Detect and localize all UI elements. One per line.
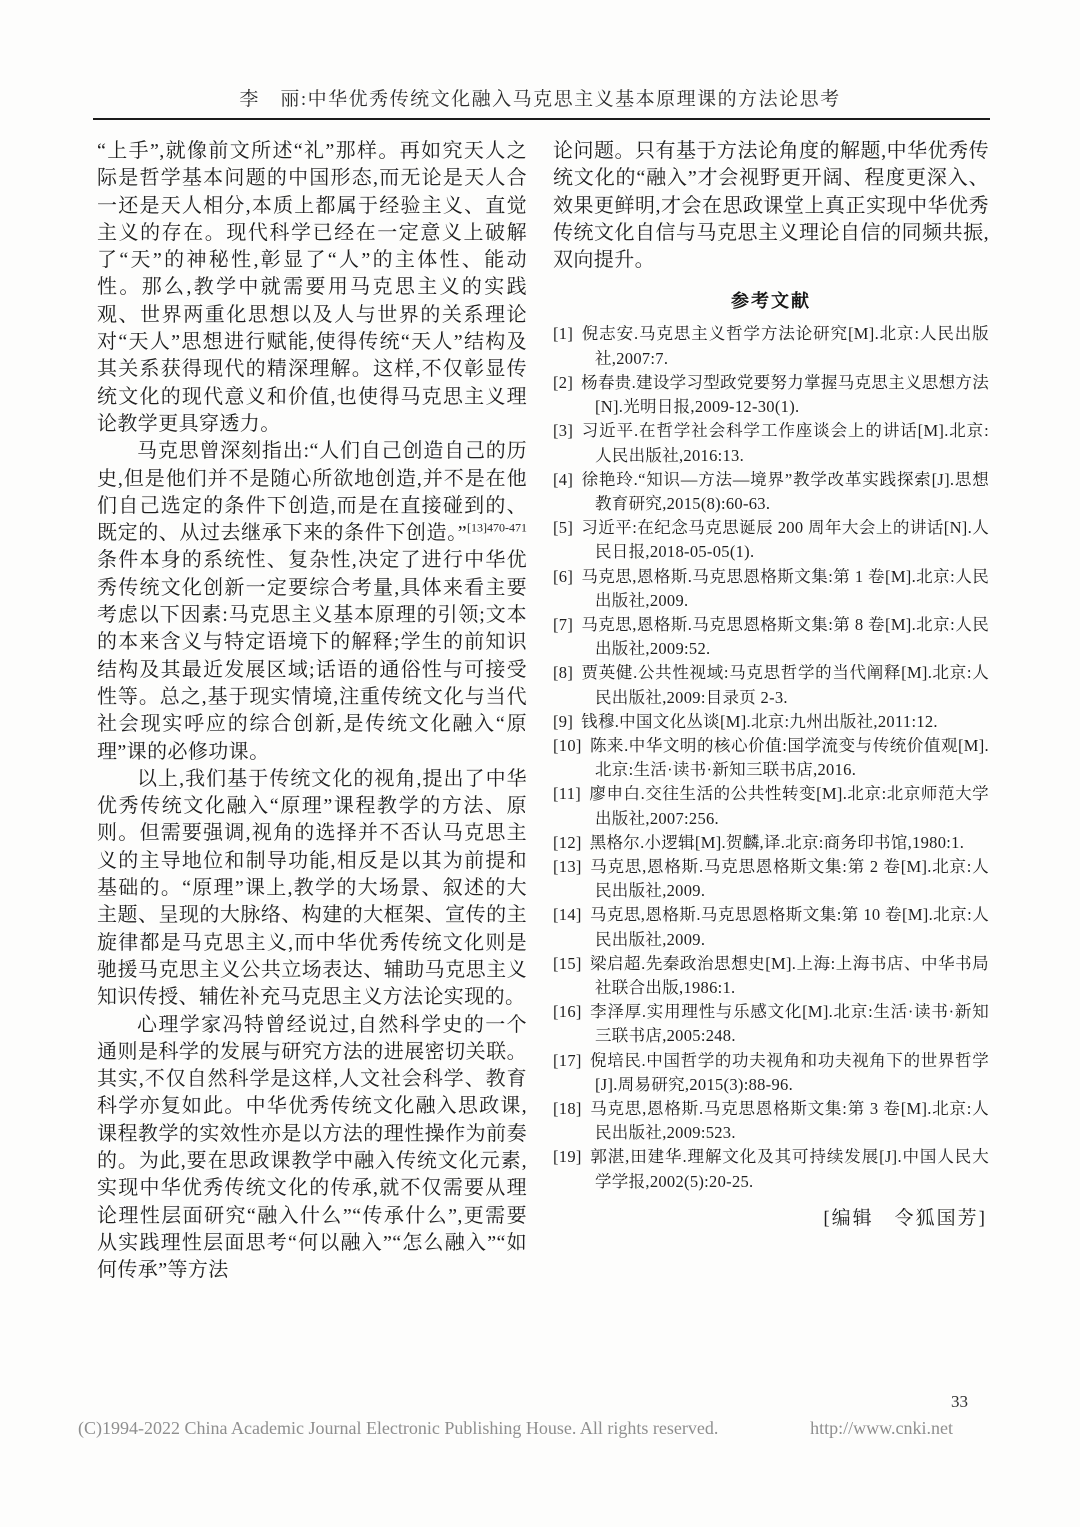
article-body: “上手”,就像前文所述“礼”那样。再如究天人之际是哲学基本问题的中国形态,而无论… [97, 138, 989, 1284]
reference-number: [19] [553, 1147, 582, 1166]
reference-number: [11] [553, 784, 581, 803]
reference-item: [4]徐艳玲.“知识—方法—境界”教学改革实践探索[J].思想教育研究,2015… [553, 468, 989, 516]
paragraph-marx-quote: 马克思曾深刻指出:“人们自己创造自己的历史,但是他们并不是随心所欲地创造,并不是… [97, 438, 527, 766]
reference-number: [13] [553, 857, 582, 876]
reference-text: 徐艳玲.“知识—方法—境界”教学改革实践探索[J].思想教育研究,2015(8)… [581, 470, 989, 513]
reference-text: 陈来.中华文明的核心价值:国学流变与传统价值观[M].北京:生活·读书·新知三联… [590, 736, 989, 779]
reference-number: [3] [553, 421, 573, 440]
reference-number: [1] [553, 324, 573, 343]
reference-item: [18]马克思,恩格斯.马克思恩格斯文集:第 3 卷[M].北京:人民出版社,2… [553, 1097, 989, 1145]
reference-text: 习近平.在哲学社会科学工作座谈会上的讲话[M].北京:人民出版社,2016:13… [581, 421, 989, 464]
reference-text: 马克思,恩格斯.马克思恩格斯文集:第 1 卷[M].北京:人民出版社,2009. [581, 567, 989, 610]
paragraph-conclusion: 论问题。只有基于方法论角度的解题,中华优秀传统文化的“融入”才会视野更开阔、程度… [553, 138, 989, 274]
reference-item: [6]马克思,恩格斯.马克思恩格斯文集:第 1 卷[M].北京:人民出版社,20… [553, 565, 989, 613]
reference-text: 李泽厚.实用理性与乐感文化[M].北京:生活·读书·新知三联书店,2005:24… [590, 1002, 989, 1045]
reference-text: 习近平:在纪念马克思诞辰 200 周年大会上的讲话[N].人民日报,2018-0… [581, 518, 989, 561]
page-number: 33 [951, 1392, 968, 1412]
reference-number: [15] [553, 954, 582, 973]
reference-number: [5] [553, 518, 573, 537]
journal-scan-page: 李 丽:中华优秀传统文化融入马克思主义基本原理课的方法论思考 “上手”,就像前文… [0, 0, 1080, 1527]
reference-item: [1]倪志安.马克思主义哲学方法论研究[M].北京:人民出版社,2007:7. [553, 322, 989, 370]
reference-number: [8] [553, 663, 573, 682]
reference-item: [5]习近平:在纪念马克思诞辰 200 周年大会上的讲话[N].人民日报,201… [553, 516, 989, 564]
reference-number: [2] [553, 373, 573, 392]
header-divider-rule [93, 118, 990, 120]
reference-number: [12] [553, 833, 582, 852]
reference-number: [17] [553, 1051, 582, 1070]
footer: (C)1994-2022 China Academic Journal Elec… [78, 1418, 953, 1439]
reference-text: 梁启超.先秦政治思想史[M].上海:上海书店、中华书局社联合出版,1986:1. [590, 954, 989, 997]
reference-item: [15]梁启超.先秦政治思想史[M].上海:上海书店、中华书局社联合出版,198… [553, 952, 989, 1000]
reference-number: [7] [553, 615, 573, 634]
reference-text: 廖申白.交往生活的公共性转变[M].北京:北京师范大学出版社,2007:256. [589, 784, 989, 827]
right-column: 论问题。只有基于方法论角度的解题,中华优秀传统文化的“融入”才会视野更开阔、程度… [553, 138, 989, 1284]
reference-item: [3]习近平.在哲学社会科学工作座谈会上的讲话[M].北京:人民出版社,2016… [553, 419, 989, 467]
references-heading: 参考文献 [553, 287, 989, 313]
references-list: [1]倪志安.马克思主义哲学方法论研究[M].北京:人民出版社,2007:7. … [553, 322, 989, 1193]
reference-item: [14]马克思,恩格斯.马克思恩格斯文集:第 10 卷[M].北京:人民出版社,… [553, 903, 989, 951]
paragraph-summary: 以上,我们基于传统文化的视角,提出了中华优秀传统文化融入“原理”课程教学的方法、… [97, 766, 527, 1012]
reference-number: [9] [553, 712, 573, 731]
reference-item: [8]贾英健.公共性视域:马克思哲学的当代阐释[M].北京:人民出版社,2009… [553, 661, 989, 709]
reference-item: [9]钱穆.中国文化丛谈[M].北京:九州出版社,2011:12. [553, 710, 989, 734]
reference-text: 马克思,恩格斯.马克思恩格斯文集:第 2 卷[M].北京:人民出版社,2009. [590, 857, 989, 900]
reference-item: [12]黑格尔.小逻辑[M].贺麟,译.北京:商务印书馆,1980:1. [553, 831, 989, 855]
reference-item: [17]倪培民.中国哲学的功夫视角和功夫视角下的世界哲学[J].周易研究,201… [553, 1049, 989, 1097]
paragraph-text: 条件本身的系统性、复杂性,决定了进行中华优秀传统文化创新一定要综合考量,具体来看… [97, 549, 527, 762]
reference-text: 黑格尔.小逻辑[M].贺麟,译.北京:商务印书馆,1980:1. [590, 833, 964, 852]
reference-item: [11]廖申白.交往生活的公共性转变[M].北京:北京师范大学出版社,2007:… [553, 782, 989, 830]
citation-superscript: [13]470-471 [467, 521, 527, 535]
reference-text: 倪志安.马克思主义哲学方法论研究[M].北京:人民出版社,2007:7. [581, 324, 989, 367]
reference-text: 马克思,恩格斯.马克思恩格斯文集:第 3 卷[M].北京:人民出版社,2009:… [590, 1099, 989, 1142]
reference-item: [13]马克思,恩格斯.马克思恩格斯文集:第 2 卷[M].北京:人民出版社,2… [553, 855, 989, 903]
reference-text: 贾英健.公共性视域:马克思哲学的当代阐释[M].北京:人民出版社,2009:目录… [581, 663, 989, 706]
paragraph-continuation: “上手”,就像前文所述“礼”那样。再如究天人之际是哲学基本问题的中国形态,而无论… [97, 138, 527, 438]
reference-number: [14] [553, 905, 582, 924]
reference-text: 钱穆.中国文化丛谈[M].北京:九州出版社,2011:12. [581, 712, 938, 731]
reference-number: [4] [553, 470, 573, 489]
editor-note: [编辑 令狐国芳] [553, 1203, 989, 1230]
reference-item: [16]李泽厚.实用理性与乐感文化[M].北京:生活·读书·新知三联书店,200… [553, 1000, 989, 1048]
cnki-url: http://www.cnki.net [810, 1418, 953, 1439]
reference-item: [19]郭湛,田建华.理解文化及其可持续发展[J].中国人民大学学报,2002(… [553, 1145, 989, 1193]
reference-text: 郭湛,田建华.理解文化及其可持续发展[J].中国人民大学学报,2002(5):2… [590, 1147, 989, 1190]
reference-number: [16] [553, 1002, 582, 1021]
running-head: 李 丽:中华优秀传统文化融入马克思主义基本原理课的方法论思考 [0, 84, 1080, 111]
reference-text: 倪培民.中国哲学的功夫视角和功夫视角下的世界哲学[J].周易研究,2015(3)… [590, 1051, 989, 1094]
reference-text: 马克思,恩格斯.马克思恩格斯文集:第 8 卷[M].北京:人民出版社,2009:… [581, 615, 989, 658]
reference-number: [10] [553, 736, 582, 755]
quote-text: 马克思曾深刻指出:“人们自己创造自己的历史,但是他们并不是随心所欲地创造,并不是… [97, 440, 527, 544]
reference-text: 马克思,恩格斯.马克思恩格斯文集:第 10 卷[M].北京:人民出版社,2009… [590, 905, 989, 948]
reference-item: [7]马克思,恩格斯.马克思恩格斯文集:第 8 卷[M].北京:人民出版社,20… [553, 613, 989, 661]
copyright-notice: (C)1994-2022 China Academic Journal Elec… [78, 1418, 718, 1439]
reference-number: [18] [553, 1099, 582, 1118]
reference-text: 杨春贵.建设学习型政党要努力掌握马克思主义思想方法[N].光明日报,2009-1… [581, 373, 989, 416]
reference-item: [10]陈来.中华文明的核心价值:国学流变与传统价值观[M].北京:生活·读书·… [553, 734, 989, 782]
reference-item: [2]杨春贵.建设学习型政党要努力掌握马克思主义思想方法[N].光明日报,200… [553, 371, 989, 419]
reference-number: [6] [553, 567, 573, 586]
left-column: “上手”,就像前文所述“礼”那样。再如究天人之际是哲学基本问题的中国形态,而无论… [97, 138, 527, 1284]
paragraph-wundt: 心理学家冯特曾经说过,自然科学史的一个通则是科学的发展与研究方法的进展密切关联。… [97, 1012, 527, 1285]
